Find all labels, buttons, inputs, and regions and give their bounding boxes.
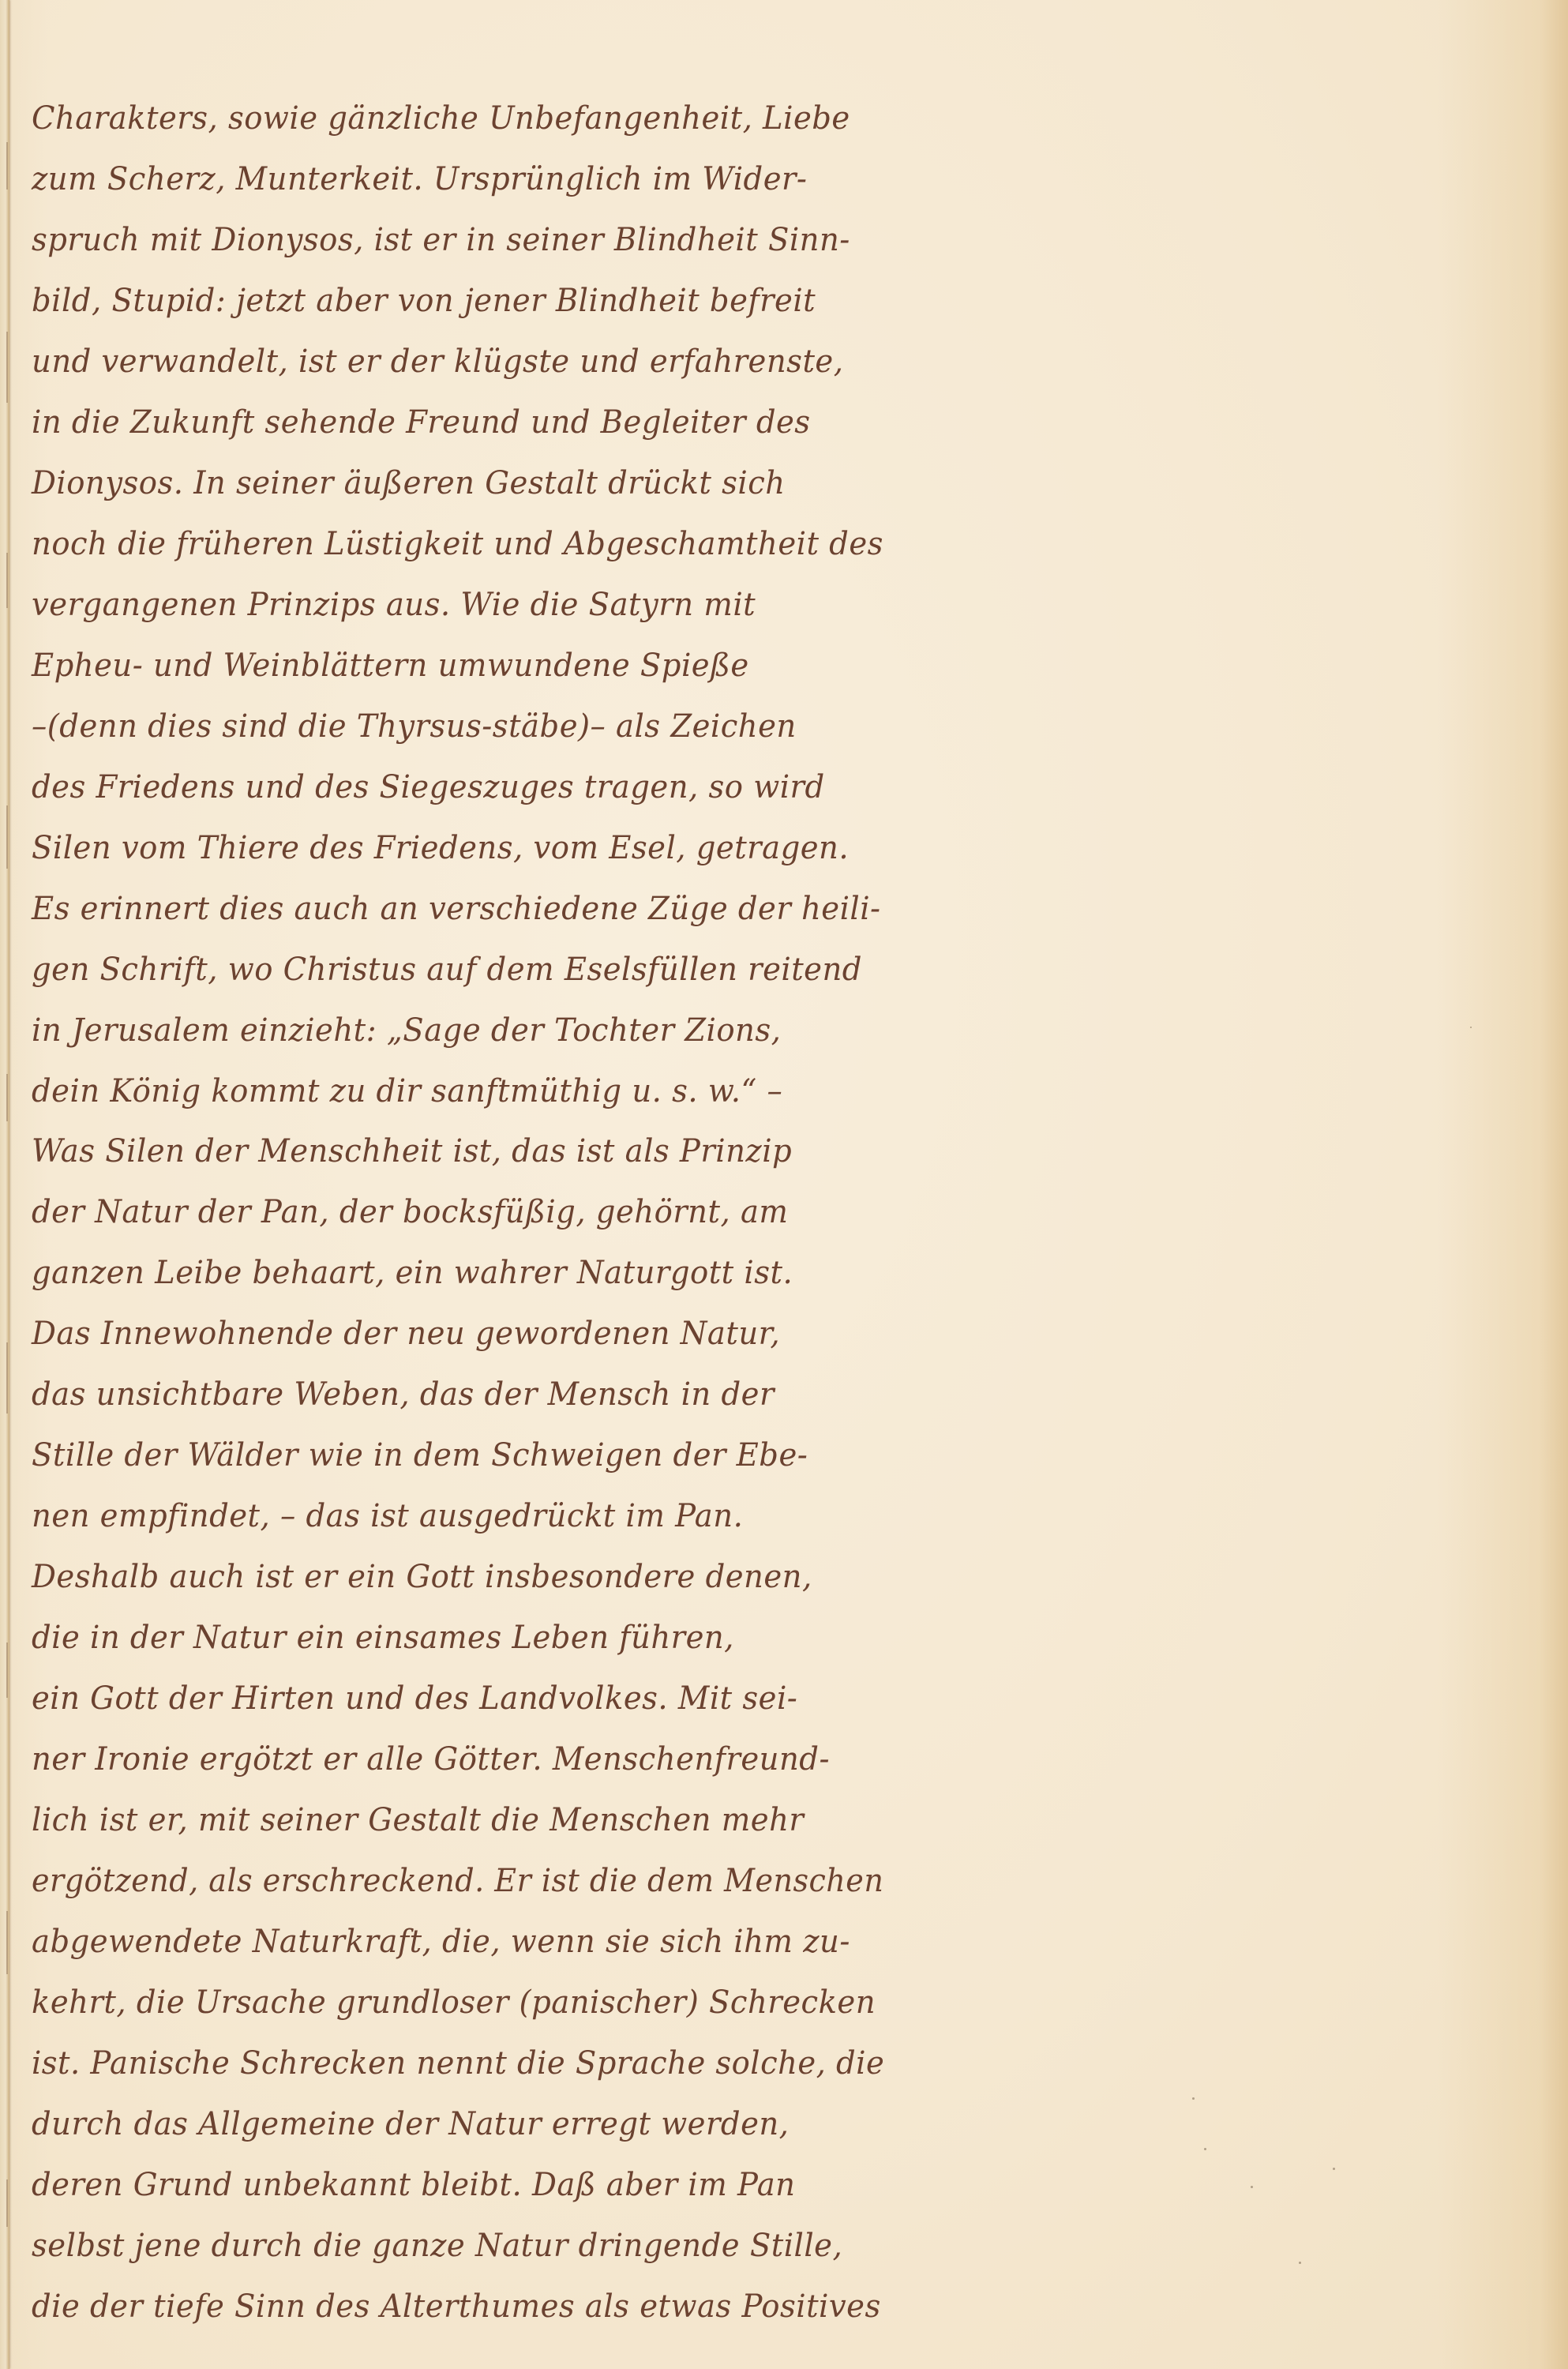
manuscript-line: Es erinnert dies auch an verschiedene Zü… [32, 879, 884, 940]
manuscript-line: gen Schrift, wo Christus auf dem Eselsfü… [32, 940, 884, 1001]
ink-bleed-mark [0, 1342, 8, 1414]
manuscript-line: Silen vom Thiere des Friedens, vom Esel,… [32, 818, 884, 879]
ink-bleed-mark [0, 1643, 8, 1698]
manuscript-page: Charakters, sowie gänzliche Unbefangenhe… [0, 0, 1568, 2369]
manuscript-line: selbst jene durch die ganze Natur dringe… [32, 2216, 884, 2277]
manuscript-line: kehrt, die Ursache grundloser (panischer… [32, 1973, 884, 2033]
manuscript-line: der Natur der Pan, der bocksfüßig, gehör… [32, 1182, 884, 1243]
manuscript-line: deren Grund unbekannt bleibt. Daß aber i… [32, 2155, 884, 2216]
manuscript-line: ganzen Leibe behaart, ein wahrer Naturgo… [32, 1243, 884, 1304]
manuscript-line: in die Zukunft sehende Freund und Beglei… [32, 392, 884, 453]
ink-bleed-mark [0, 553, 8, 608]
manuscript-line: durch das Allgemeine der Natur erregt we… [32, 2094, 884, 2155]
manuscript-line: Das Innewohnende der neu gewordenen Natu… [32, 1304, 884, 1365]
manuscript-line: das unsichtbare Weben, das der Mensch in… [32, 1365, 884, 1425]
manuscript-line: vergangenen Prinzips aus. Wie die Satyrn… [32, 575, 884, 636]
manuscript-line: dein König kommt zu dir sanftmüthig u. s… [32, 1061, 884, 1122]
manuscript-line: und verwandelt, ist er der klügste und e… [32, 332, 884, 392]
ink-bleed-mark [0, 332, 8, 403]
manuscript-line: Stille der Wälder wie in dem Schweigen d… [32, 1425, 884, 1486]
ink-bleed-mark [0, 2179, 8, 2227]
manuscript-line: ist. Panische Schrecken nennt die Sprach… [32, 2033, 882, 2094]
manuscript-line: –(denn dies sind die Thyrsus-stäbe)– als… [32, 696, 884, 757]
handwritten-text-block: Charakters, sowie gänzliche Unbefangenhe… [32, 88, 916, 2337]
manuscript-line: ergötzend, als erschreckend. Er ist die … [32, 1851, 873, 1912]
manuscript-line: zum Scherz, Munterkeit. Ursprünglich im … [32, 149, 884, 210]
previous-page-edge [0, 0, 9, 2369]
manuscript-line: Charakters, sowie gänzliche Unbefangenhe… [32, 88, 884, 149]
manuscript-line: ein Gott der Hirten und des Landvolkes. … [32, 1669, 884, 1729]
manuscript-line: Was Silen der Menschheit ist, das ist al… [32, 1121, 884, 1182]
manuscript-line: die in der Natur ein einsames Leben führ… [32, 1608, 884, 1669]
manuscript-line: Epheu- und Weinblättern umwundene Spieße [32, 636, 884, 696]
manuscript-line: in Jerusalem einzieht: „Sage der Tochter… [32, 1001, 884, 1061]
manuscript-line: des Friedens und des Siegeszuges tragen,… [32, 757, 884, 818]
manuscript-line: nen empfindet, – das ist ausgedrückt im … [32, 1486, 884, 1547]
manuscript-line: abgewendete Naturkraft, die, wenn sie si… [32, 1912, 884, 1973]
manuscript-line: noch die früheren Lüstigkeit und Abgesch… [32, 514, 884, 575]
manuscript-line: Deshalb auch ist er ein Gott insbesonder… [32, 1547, 884, 1608]
ink-bleed-mark [0, 142, 8, 190]
ink-bleed-mark [0, 805, 8, 869]
manuscript-line: Dionysos. In seiner äußeren Gestalt drüc… [32, 453, 884, 514]
manuscript-line: die der tiefe Sinn des Alterthumes als e… [32, 2277, 884, 2337]
manuscript-line: bild, Stupid: jetzt aber von jener Blind… [32, 271, 884, 332]
manuscript-line: spruch mit Dionysos, ist er in seiner Bl… [32, 210, 884, 271]
ink-bleed-mark [0, 1074, 8, 1121]
manuscript-line: ner Ironie ergötzt er alle Götter. Mensc… [32, 1729, 884, 1790]
manuscript-line: lich ist er, mit seiner Gestalt die Mens… [32, 1790, 884, 1851]
ink-bleed-mark [0, 1911, 8, 1974]
